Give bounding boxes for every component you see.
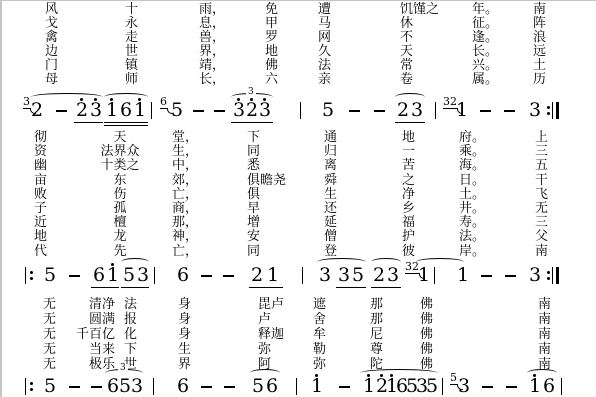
note: 1: [418, 266, 430, 285]
lyric-cell: 年。: [472, 3, 498, 16]
duration-dash: [69, 275, 80, 277]
beam-underline: [91, 287, 119, 288]
lyric-cell: 归: [324, 145, 337, 158]
slur-arc: [121, 258, 149, 266]
slur-arc: [371, 258, 401, 266]
lyric-cell: 佛: [420, 343, 433, 356]
lyric-cell: 南: [533, 3, 546, 16]
lyric-cell: 亡，: [172, 188, 198, 201]
note: 2: [31, 101, 43, 120]
note: 1: [457, 266, 469, 285]
lyric-cell: 上: [535, 131, 548, 144]
lyric-cell: 土。: [459, 188, 485, 201]
lyric-cell: 不: [400, 31, 413, 44]
slur-arc: [395, 93, 425, 101]
repeat-start-bar: [25, 267, 26, 284]
lyric-cell: 无: [43, 313, 56, 326]
lyric-cell: 免: [265, 3, 278, 16]
lyric-cell: 那: [370, 298, 383, 311]
beam-underline: [371, 287, 401, 288]
lyric-cell: 登: [324, 245, 337, 258]
lyric-cell: 福: [402, 216, 415, 229]
barline: [442, 378, 443, 395]
repeat-end-bar: [552, 102, 553, 119]
note: 5: [426, 377, 438, 396]
slur-arc: [317, 258, 366, 266]
note: 3: [137, 266, 149, 285]
note: 1: [363, 377, 375, 396]
beam-underline: [121, 287, 149, 288]
lyric-cell: 饥馑之: [400, 3, 439, 16]
duration-dash: [480, 110, 491, 112]
lyric-cell: 三: [535, 216, 548, 229]
lyric-cell: 风: [45, 3, 58, 16]
lyric-cell: 报: [124, 313, 137, 326]
lyric-cell: 南: [535, 245, 548, 258]
note: 2: [397, 101, 409, 120]
note: 6: [120, 101, 132, 120]
note: 6: [266, 377, 278, 396]
note: 3: [259, 101, 271, 120]
lyric-cell: 阵: [533, 17, 546, 30]
note: 3: [338, 266, 350, 285]
lyric-cell: 郊，: [172, 174, 198, 187]
lyric-cell: 甲: [265, 17, 278, 30]
slur-arc: [527, 369, 557, 377]
duration-dash: [339, 386, 350, 388]
lyric-cell: 佛: [420, 313, 433, 326]
lyric-cell: 东: [113, 174, 126, 187]
slur-arc: [416, 258, 464, 266]
lyric-cell: 中，: [172, 159, 198, 172]
note: 3: [387, 266, 399, 285]
lyric-cell: 永: [125, 17, 138, 30]
note: 1: [456, 101, 468, 120]
lyric-cell: 子: [34, 202, 47, 215]
lyric-cell: 海。: [459, 159, 485, 172]
beam-underline: [231, 122, 273, 123]
lyric-cell: 南: [538, 298, 551, 311]
lyric-cell: 无: [535, 202, 548, 215]
lyric-cell: 界，: [199, 45, 225, 58]
lyric-cell: 雨，: [199, 3, 225, 16]
lyric-cell: 那: [370, 313, 383, 326]
note: 2: [251, 266, 263, 285]
lyric-cell: 佛: [420, 298, 433, 311]
lyric-cell: 十: [125, 3, 138, 16]
repeat-end-bar: [556, 102, 559, 119]
duration-dash: [481, 275, 492, 277]
lyric-cell: 圆满: [89, 313, 115, 326]
lyric-cell: 法: [318, 59, 331, 72]
lyric-cell: 孤: [113, 202, 126, 215]
note: 3: [458, 377, 470, 396]
lyric-cell: 苦: [402, 159, 415, 172]
octave-dot: [315, 374, 318, 377]
lyric-cell: 三: [535, 145, 548, 158]
repeat-start-bar: [25, 378, 26, 395]
lyric-cell: 常: [400, 59, 413, 72]
lyric-cell: 无: [43, 358, 56, 371]
lyric-cell: 远: [533, 45, 546, 58]
lyric-cell: 同: [247, 245, 260, 258]
note: 6: [177, 377, 189, 396]
lyric-cell: 岸。: [459, 245, 485, 258]
lyric-cell: 休: [400, 17, 413, 30]
lyric-cell: 同: [247, 145, 260, 158]
lyric-cell: 当来: [89, 343, 115, 356]
lyric-cell: 南: [538, 313, 551, 326]
lyric-cell: 堂，: [172, 131, 198, 144]
note: 5: [119, 377, 131, 396]
note: 5: [252, 377, 264, 396]
lyric-cell: 世: [125, 45, 138, 58]
lyric-cell: 南: [538, 343, 551, 356]
duration-dash: [91, 386, 102, 388]
beam-underline: [104, 122, 148, 123]
note: 6: [543, 377, 555, 396]
lyric-cell: 父: [535, 230, 548, 243]
note: 3: [131, 377, 143, 396]
lyric-cell: 地: [34, 230, 47, 243]
note: 5: [171, 101, 183, 120]
lyric-cell: 佛: [420, 328, 433, 341]
lyric-cell: 清净: [89, 298, 115, 311]
repeat-dot: [547, 271, 550, 274]
lyric-cell: 之: [402, 174, 415, 187]
lyric-cell: 彼: [402, 245, 415, 258]
lyric-cell: 俱: [247, 188, 260, 201]
lyric-cell: 府。: [459, 131, 485, 144]
note: 1: [107, 266, 119, 285]
slur-arc: [104, 93, 148, 101]
note: 3: [411, 101, 423, 120]
lyric-cell: 僧: [324, 230, 337, 243]
lyric-cell: 飞: [535, 188, 548, 201]
lyric-cell: 弥: [258, 343, 271, 356]
repeat-dot: [547, 106, 550, 109]
duration-dash: [223, 275, 234, 277]
octave-dot: [111, 263, 114, 266]
lyric-cell: 伤: [113, 188, 126, 201]
note: 3: [233, 101, 245, 120]
lyric-cell: 南: [538, 328, 551, 341]
lyric-cell: 罗: [265, 31, 278, 44]
lyric-cell: 生: [324, 188, 337, 201]
slur-arc: [31, 93, 103, 101]
lyric-cell: 地: [402, 131, 415, 144]
repeat-dot: [30, 388, 33, 391]
note: 6: [177, 266, 189, 285]
lyric-cell: 通: [324, 131, 337, 144]
lyric-cell: 乘。: [459, 145, 485, 158]
lyric-cell: 师: [125, 73, 138, 86]
lyric-cell: 先: [113, 245, 126, 258]
lyric-cell: 佛: [265, 59, 278, 72]
lyric-cell: 舜: [324, 174, 337, 187]
lyric-cell: 兴。: [472, 59, 498, 72]
note: 3: [319, 266, 331, 285]
note: 5: [123, 266, 135, 285]
lyric-cell: 界: [178, 358, 191, 371]
duration-dash: [505, 275, 516, 277]
note: 3: [529, 266, 541, 285]
duration-dash: [506, 386, 517, 388]
lyric-cell: 母: [45, 73, 58, 86]
note: 1: [267, 266, 279, 285]
lyric-cell: 戈: [45, 17, 58, 30]
note: 2: [373, 266, 385, 285]
repeat-dot: [30, 271, 33, 274]
lyric-cell: 浪: [533, 31, 546, 44]
barline: [435, 102, 436, 119]
barline: [302, 267, 303, 284]
note: 1: [529, 377, 541, 396]
lyric-cell: 下: [124, 343, 137, 356]
lyric-cell: 遮: [313, 298, 326, 311]
lyric-cell: 身: [178, 313, 191, 326]
lyric-cell: 五: [535, 159, 548, 172]
lyric-cell: 身: [178, 298, 191, 311]
lyric-cell: 日。: [459, 174, 485, 187]
lyric-cell: 六: [265, 73, 278, 86]
note: 2: [76, 101, 88, 120]
barline: [153, 378, 154, 395]
repeat-dot: [547, 112, 550, 115]
repeat-dot: [30, 277, 33, 280]
lyric-cell: 资: [34, 145, 47, 158]
lyric-cell: 净: [402, 188, 415, 201]
lyric-cell: 十类之: [100, 159, 139, 172]
lyric-cell: 网: [318, 31, 331, 44]
lyric-cell: 俱瞻尧: [247, 174, 286, 187]
lyric-cell: 历: [533, 73, 546, 86]
lyric-cell: 法: [124, 298, 137, 311]
barline: [300, 102, 301, 119]
lyric-cell: 长，: [199, 73, 225, 86]
lyric-cell: 亩: [34, 174, 47, 187]
duration-dash: [201, 386, 212, 388]
repeat-end-bar: [552, 267, 553, 284]
duration-dash: [482, 386, 493, 388]
repeat-dot: [30, 382, 33, 385]
grace-note: 3: [23, 96, 30, 109]
lyric-cell: 井。: [459, 202, 485, 215]
lyric-cell: 牟: [313, 328, 326, 341]
lyric-cell: 下: [247, 131, 260, 144]
beam-underline: [104, 125, 148, 126]
lyric-cell: 释迦: [258, 328, 284, 341]
lyric-cell: 安: [247, 230, 260, 243]
lyric-cell: 镇: [125, 59, 138, 72]
lyric-cell: 千百亿: [76, 328, 115, 341]
lyric-cell: 寿。: [459, 216, 485, 229]
lyric-cell: 地: [265, 45, 278, 58]
note: 2: [246, 101, 258, 120]
lyric-cell: 增: [247, 216, 260, 229]
barline: [151, 102, 152, 119]
lyric-cell: 天: [400, 45, 413, 58]
lyric-cell: 商，: [172, 202, 198, 215]
lyric-cell: 护: [402, 230, 415, 243]
note: 1: [106, 101, 118, 120]
lyric-cell: 天: [113, 131, 126, 144]
duration-dash: [69, 386, 80, 388]
lyric-cell: 檀: [113, 216, 126, 229]
lyric-cell: 代: [34, 245, 47, 258]
beam-underline: [395, 122, 425, 123]
lyric-cell: 悉: [247, 159, 260, 172]
lyric-cell: 无: [43, 343, 56, 356]
lyric-cell: 无: [43, 328, 56, 341]
duration-dash: [201, 275, 212, 277]
lyric-cell: 尊: [370, 343, 383, 356]
lyric-cell: 卢: [258, 313, 271, 326]
lyric-cell: 延: [324, 216, 337, 229]
lyric-cell: 舍: [313, 313, 326, 326]
lyric-cell: 毘卢: [258, 298, 284, 311]
duration-dash: [224, 386, 235, 388]
lyric-cell: 走: [125, 31, 138, 44]
lyric-cell: 神，: [172, 230, 198, 243]
lyric-cell: 门: [45, 59, 58, 72]
lyric-cell: 马: [318, 17, 331, 30]
beam-underline: [336, 287, 366, 288]
duration-dash: [374, 110, 385, 112]
duration-dash: [349, 110, 360, 112]
lyric-cell: 乡: [402, 202, 415, 215]
lyric-cell: 禽: [45, 31, 58, 44]
lyric-cell: 近: [34, 216, 47, 229]
lyric-cell: 兽，: [199, 31, 225, 44]
note: 5: [322, 101, 334, 120]
note: 1: [311, 377, 323, 396]
note: 5: [44, 266, 56, 285]
grace-note: 6: [160, 96, 167, 109]
lyric-cell: 逢。: [472, 31, 498, 44]
lyric-cell: 生: [178, 343, 191, 356]
lyric-cell: 彻: [34, 131, 47, 144]
duration-dash: [504, 110, 515, 112]
repeat-dot: [547, 277, 550, 280]
lyric-cell: 亲: [318, 73, 331, 86]
lyric-cell: 边: [45, 45, 58, 58]
barline: [296, 378, 297, 395]
barline: [434, 267, 435, 284]
note: 1: [134, 101, 146, 120]
note: 3: [529, 101, 541, 120]
score-page: 风戈禽边门母十永走世镇师雨，息，兽，界，靖，长，免甲罗地佛六遭马网久法亲饥馑之休…: [0, 0, 596, 397]
grace-note: 32: [443, 96, 457, 109]
lyric-cell: 早: [247, 202, 260, 215]
lyric-cell: 勒: [313, 343, 326, 356]
lyric-cell: 征。: [472, 17, 498, 30]
lyric-cell: 离: [324, 159, 337, 172]
duration-dash: [193, 110, 204, 112]
duration-dash: [214, 110, 225, 112]
tuplet-number: 3: [118, 364, 128, 373]
lyric-cell: 亡，: [172, 245, 198, 258]
lyric-cell: 化: [124, 328, 137, 341]
lyric-cell: 土: [533, 59, 546, 72]
lyric-cell: 一: [402, 145, 415, 158]
note: 6: [107, 377, 119, 396]
repeat-end-bar: [556, 267, 559, 284]
lyric-cell: 长。: [472, 45, 498, 58]
lyric-cell: 靖，: [199, 59, 225, 72]
barline: [561, 378, 562, 395]
lyric-cell: 卷: [400, 73, 413, 86]
grace-note: 5: [450, 372, 457, 385]
note: 3: [90, 101, 102, 120]
note: 5: [352, 266, 364, 285]
lyric-cell: 属。: [472, 73, 498, 86]
lyric-cell: 败: [34, 188, 47, 201]
lyric-cell: 尼: [370, 328, 383, 341]
beam-underline: [249, 287, 283, 288]
beam-underline: [74, 122, 103, 123]
barline: [154, 267, 155, 284]
lyric-cell: 法界众: [100, 145, 139, 158]
tuplet-number: 3: [246, 88, 256, 97]
lyric-cell: 生，: [172, 145, 198, 158]
lyric-cell: 干: [535, 174, 548, 187]
slur-arc: [360, 369, 438, 377]
lyric-cell: 久: [318, 45, 331, 58]
note: 5: [44, 377, 56, 396]
lyric-cell: 遭: [318, 3, 331, 16]
lyric-cell: 无: [43, 298, 56, 311]
lyric-cell: 还: [324, 202, 337, 215]
note: 6: [93, 266, 105, 285]
lyric-cell: 幽: [34, 159, 47, 172]
lyric-cell: 龙: [113, 230, 126, 243]
lyric-cell: 那，: [172, 216, 198, 229]
slur-arc: [250, 369, 280, 377]
lyric-cell: 法。: [459, 230, 485, 243]
lyric-cell: 身: [178, 328, 191, 341]
lyric-cell: 息，: [199, 17, 225, 30]
duration-dash: [56, 110, 67, 112]
lyric-cell: 弥: [313, 358, 326, 371]
